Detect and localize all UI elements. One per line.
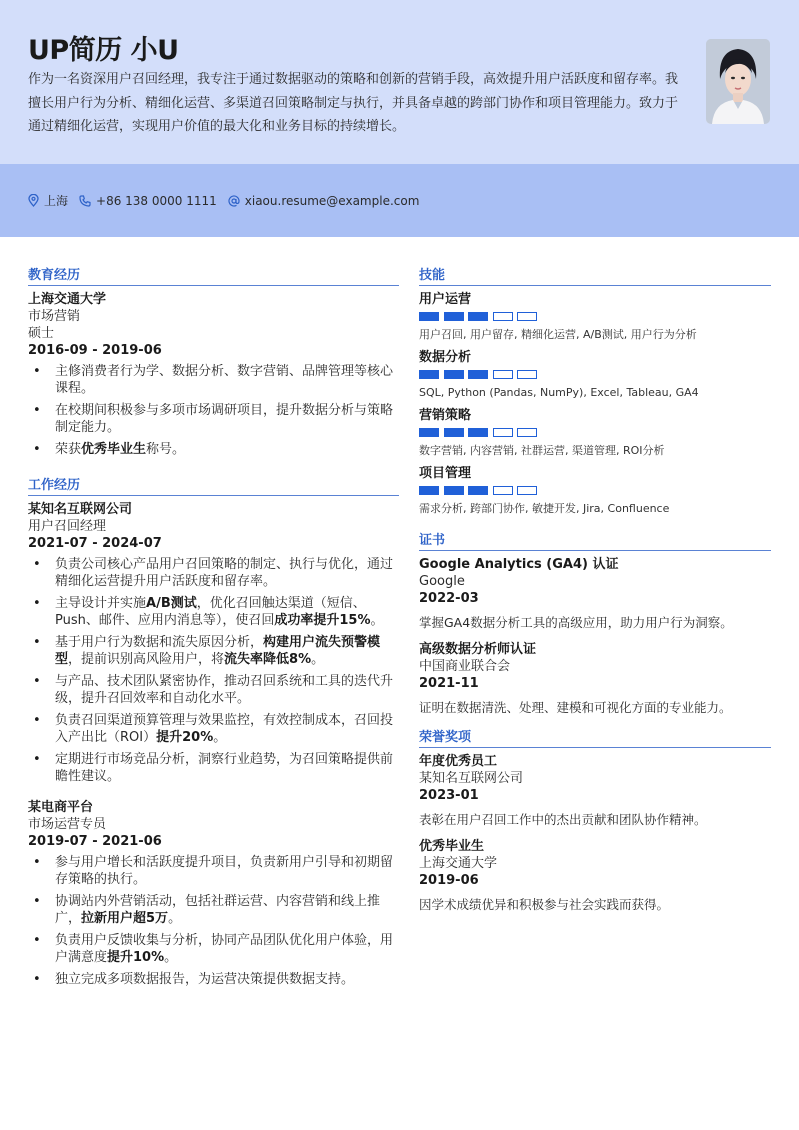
contact-location: 上海: [28, 192, 68, 209]
bullet-item: 主导设计并实施A/B测试，优化召回触达渠道（短信、Push、邮件、应用内消息等）…: [28, 595, 399, 629]
level-segment-empty: [517, 312, 537, 321]
skill-name: 营销策略: [419, 407, 771, 424]
bullet-item: 协调站内外营销活动，包括社群运营、内容营销和线上推广，拉新用户超5万。: [28, 893, 399, 927]
job-role: 用户召回经理: [28, 518, 399, 535]
bullet-item: 荣获优秀毕业生称号。: [28, 441, 399, 458]
certificate-description: 证明在数据清洗、处理、建模和可视化方面的专业能力。: [419, 699, 771, 716]
level-segment-filled: [468, 370, 488, 379]
section-title-awards: 荣誉奖项: [419, 726, 771, 748]
level-segment-filled: [419, 428, 439, 437]
skill-name: 数据分析: [419, 349, 771, 366]
certificate-name: Google Analytics (GA4) 认证: [419, 556, 771, 573]
level-segment-empty: [493, 370, 513, 379]
work-date: 2019-07 - 2021-06: [28, 833, 399, 850]
skill-keywords: SQL, Python (Pandas, NumPy), Excel, Tabl…: [419, 385, 771, 401]
level-segment-filled: [468, 486, 488, 495]
work-entry: 某电商平台 市场运营专员 2019-07 - 2021-06 参与用户增长和活跃…: [28, 799, 399, 988]
education-bullets: 主修消费者行为学、数据分析、数字营销、品牌管理等核心课程。 在校期间积极参与多项…: [28, 363, 399, 458]
certificate-date: 2022-03: [419, 590, 771, 607]
right-column: 技能 用户运营 用户召回, 用户留存, 精细化运营, A/B测试, 用户行为分析…: [419, 264, 771, 923]
bullet-item: 负责用户反馈收集与分析，协同产品团队优化用户体验，用户满意度提升10%。: [28, 932, 399, 966]
skill-keywords: 数字营销, 内容营销, 社群运营, 渠道管理, ROI分析: [419, 443, 771, 459]
contact-email[interactable]: xiaou.resume@example.com: [228, 194, 420, 208]
award-name: 优秀毕业生: [419, 838, 771, 855]
section-title-skills: 技能: [419, 264, 771, 286]
skill-level-bar: [419, 370, 771, 380]
bullet-item: 主修消费者行为学、数据分析、数字营销、品牌管理等核心课程。: [28, 363, 399, 397]
contact-phone[interactable]: +86 138 0000 1111: [79, 194, 217, 208]
certificate-entry: 高级数据分析师认证 中国商业联合会 2021-11 证明在数据清洗、处理、建模和…: [419, 641, 771, 716]
skill-item: 营销策略 数字营销, 内容营销, 社群运营, 渠道管理, ROI分析: [419, 407, 771, 459]
contact-info: 上海 +86 138 0000 1111 xiaou.resume@exampl…: [28, 192, 430, 209]
education-entry: 上海交通大学 市场营销 硕士 2016-09 - 2019-06 主修消费者行为…: [28, 291, 399, 458]
phone-text: +86 138 0000 1111: [96, 194, 217, 208]
level-segment-filled: [444, 370, 464, 379]
bullet-item: 在校期间积极参与多项市场调研项目，提升数据分析与策略制定能力。: [28, 402, 399, 436]
bullet-item: 负责公司核心产品用户召回策略的制定、执行与优化，通过精细化运营提升用户活跃度和留…: [28, 556, 399, 590]
skill-level-bar: [419, 312, 771, 322]
level-segment-filled: [419, 486, 439, 495]
degree: 硕士: [28, 325, 399, 342]
company-name: 某电商平台: [28, 799, 399, 816]
level-segment-empty: [493, 312, 513, 321]
skill-name: 用户运营: [419, 291, 771, 308]
skill-keywords: 用户召回, 用户留存, 精细化运营, A/B测试, 用户行为分析: [419, 327, 771, 343]
bullet-item: 参与用户增长和活跃度提升项目，负责新用户引导和初期留存策略的执行。: [28, 854, 399, 888]
award-description: 因学术成绩优异和积极参与社会实践而获得。: [419, 896, 771, 913]
skill-level-bar: [419, 486, 771, 496]
skill-keywords: 需求分析, 跨部门协作, 敏捷开发, Jira, Confluence: [419, 501, 771, 517]
bullet-item: 定期进行市场竞品分析，洞察行业趋势，为召回策略提供前瞻性建议。: [28, 751, 399, 785]
education-section: 教育经历 上海交通大学 市场营销 硕士 2016-09 - 2019-06 主修…: [28, 264, 399, 458]
work-date: 2021-07 - 2024-07: [28, 535, 399, 552]
major: 市场营销: [28, 308, 399, 325]
work-bullets: 参与用户增长和活跃度提升项目，负责新用户引导和初期留存策略的执行。 协调站内外营…: [28, 854, 399, 988]
award-name: 年度优秀员工: [419, 753, 771, 770]
bullet-item: 独立完成多项数据报告，为运营决策提供数据支持。: [28, 971, 399, 988]
resume-header: UP简历 小U 作为一名资深用户召回经理，我专注于通过数据驱动的策略和创新的营销…: [0, 0, 799, 164]
location-text: 上海: [44, 192, 68, 209]
work-entry: 某知名互联网公司 用户召回经理 2021-07 - 2024-07 负责公司核心…: [28, 501, 399, 785]
section-title-certificates: 证书: [419, 529, 771, 551]
profile-photo: [706, 39, 770, 124]
skill-level-bar: [419, 428, 771, 438]
level-segment-filled: [468, 428, 488, 437]
certificate-issuer: Google: [419, 573, 771, 590]
award-issuer: 上海交通大学: [419, 855, 771, 872]
award-date: 2023-01: [419, 787, 771, 804]
certificate-name: 高级数据分析师认证: [419, 641, 771, 658]
work-section: 工作经历 某知名互联网公司 用户召回经理 2021-07 - 2024-07 负…: [28, 474, 399, 988]
portrait-icon: [706, 39, 770, 124]
level-segment-empty: [517, 428, 537, 437]
bullet-item: 基于用户行为数据和流失原因分析，构建用户流失预警模型，提前识别高风险用户，将流失…: [28, 634, 399, 668]
left-column: 教育经历 上海交通大学 市场营销 硕士 2016-09 - 2019-06 主修…: [28, 264, 399, 993]
at-sign-icon: [228, 195, 240, 207]
email-text: xiaou.resume@example.com: [245, 194, 420, 208]
certificate-date: 2021-11: [419, 675, 771, 692]
level-segment-empty: [493, 428, 513, 437]
level-segment-filled: [419, 370, 439, 379]
certificate-issuer: 中国商业联合会: [419, 658, 771, 675]
level-segment-empty: [517, 370, 537, 379]
level-segment-filled: [444, 428, 464, 437]
candidate-name: UP简历 小U: [28, 28, 179, 67]
phone-icon: [79, 195, 91, 207]
level-segment-filled: [468, 312, 488, 321]
section-title-work: 工作经历: [28, 474, 399, 496]
skill-item: 项目管理 需求分析, 跨部门协作, 敏捷开发, Jira, Confluence: [419, 465, 771, 517]
award-date: 2019-06: [419, 872, 771, 889]
location-pin-icon: [28, 194, 39, 207]
awards-section: 荣誉奖项 年度优秀员工 某知名互联网公司 2023-01 表彰在用户召回工作中的…: [419, 726, 771, 913]
certificate-entry: Google Analytics (GA4) 认证 Google 2022-03…: [419, 556, 771, 631]
section-title-education: 教育经历: [28, 264, 399, 286]
school-name: 上海交通大学: [28, 291, 399, 308]
level-segment-filled: [444, 312, 464, 321]
certificates-section: 证书 Google Analytics (GA4) 认证 Google 2022…: [419, 529, 771, 716]
skills-section: 技能 用户运营 用户召回, 用户留存, 精细化运营, A/B测试, 用户行为分析…: [419, 264, 771, 517]
company-name: 某知名互联网公司: [28, 501, 399, 518]
level-segment-empty: [517, 486, 537, 495]
level-segment-filled: [419, 312, 439, 321]
skill-item: 用户运营 用户召回, 用户留存, 精细化运营, A/B测试, 用户行为分析: [419, 291, 771, 343]
certificate-description: 掌握GA4数据分析工具的高级应用，助力用户行为洞察。: [419, 614, 771, 631]
award-entry: 优秀毕业生 上海交通大学 2019-06 因学术成绩优异和积极参与社会实践而获得…: [419, 838, 771, 913]
education-date: 2016-09 - 2019-06: [28, 342, 399, 359]
award-entry: 年度优秀员工 某知名互联网公司 2023-01 表彰在用户召回工作中的杰出贡献和…: [419, 753, 771, 828]
skill-item: 数据分析 SQL, Python (Pandas, NumPy), Excel,…: [419, 349, 771, 401]
level-segment-filled: [444, 486, 464, 495]
skill-name: 项目管理: [419, 465, 771, 482]
job-role: 市场运营专员: [28, 816, 399, 833]
work-bullets: 负责公司核心产品用户召回策略的制定、执行与优化，通过精细化运营提升用户活跃度和留…: [28, 556, 399, 785]
profile-summary: 作为一名资深用户召回经理，我专注于通过数据驱动的策略和创新的营销手段，高效提升用…: [28, 68, 678, 139]
award-description: 表彰在用户召回工作中的杰出贡献和团队协作精神。: [419, 811, 771, 828]
award-issuer: 某知名互联网公司: [419, 770, 771, 787]
bullet-item: 与产品、技术团队紧密协作，推动召回系统和工具的迭代升级，提升召回效率和自动化水平…: [28, 673, 399, 707]
level-segment-empty: [493, 486, 513, 495]
bullet-item: 负责召回渠道预算管理与效果监控，有效控制成本，召回投入产出比（ROI）提升20%…: [28, 712, 399, 746]
